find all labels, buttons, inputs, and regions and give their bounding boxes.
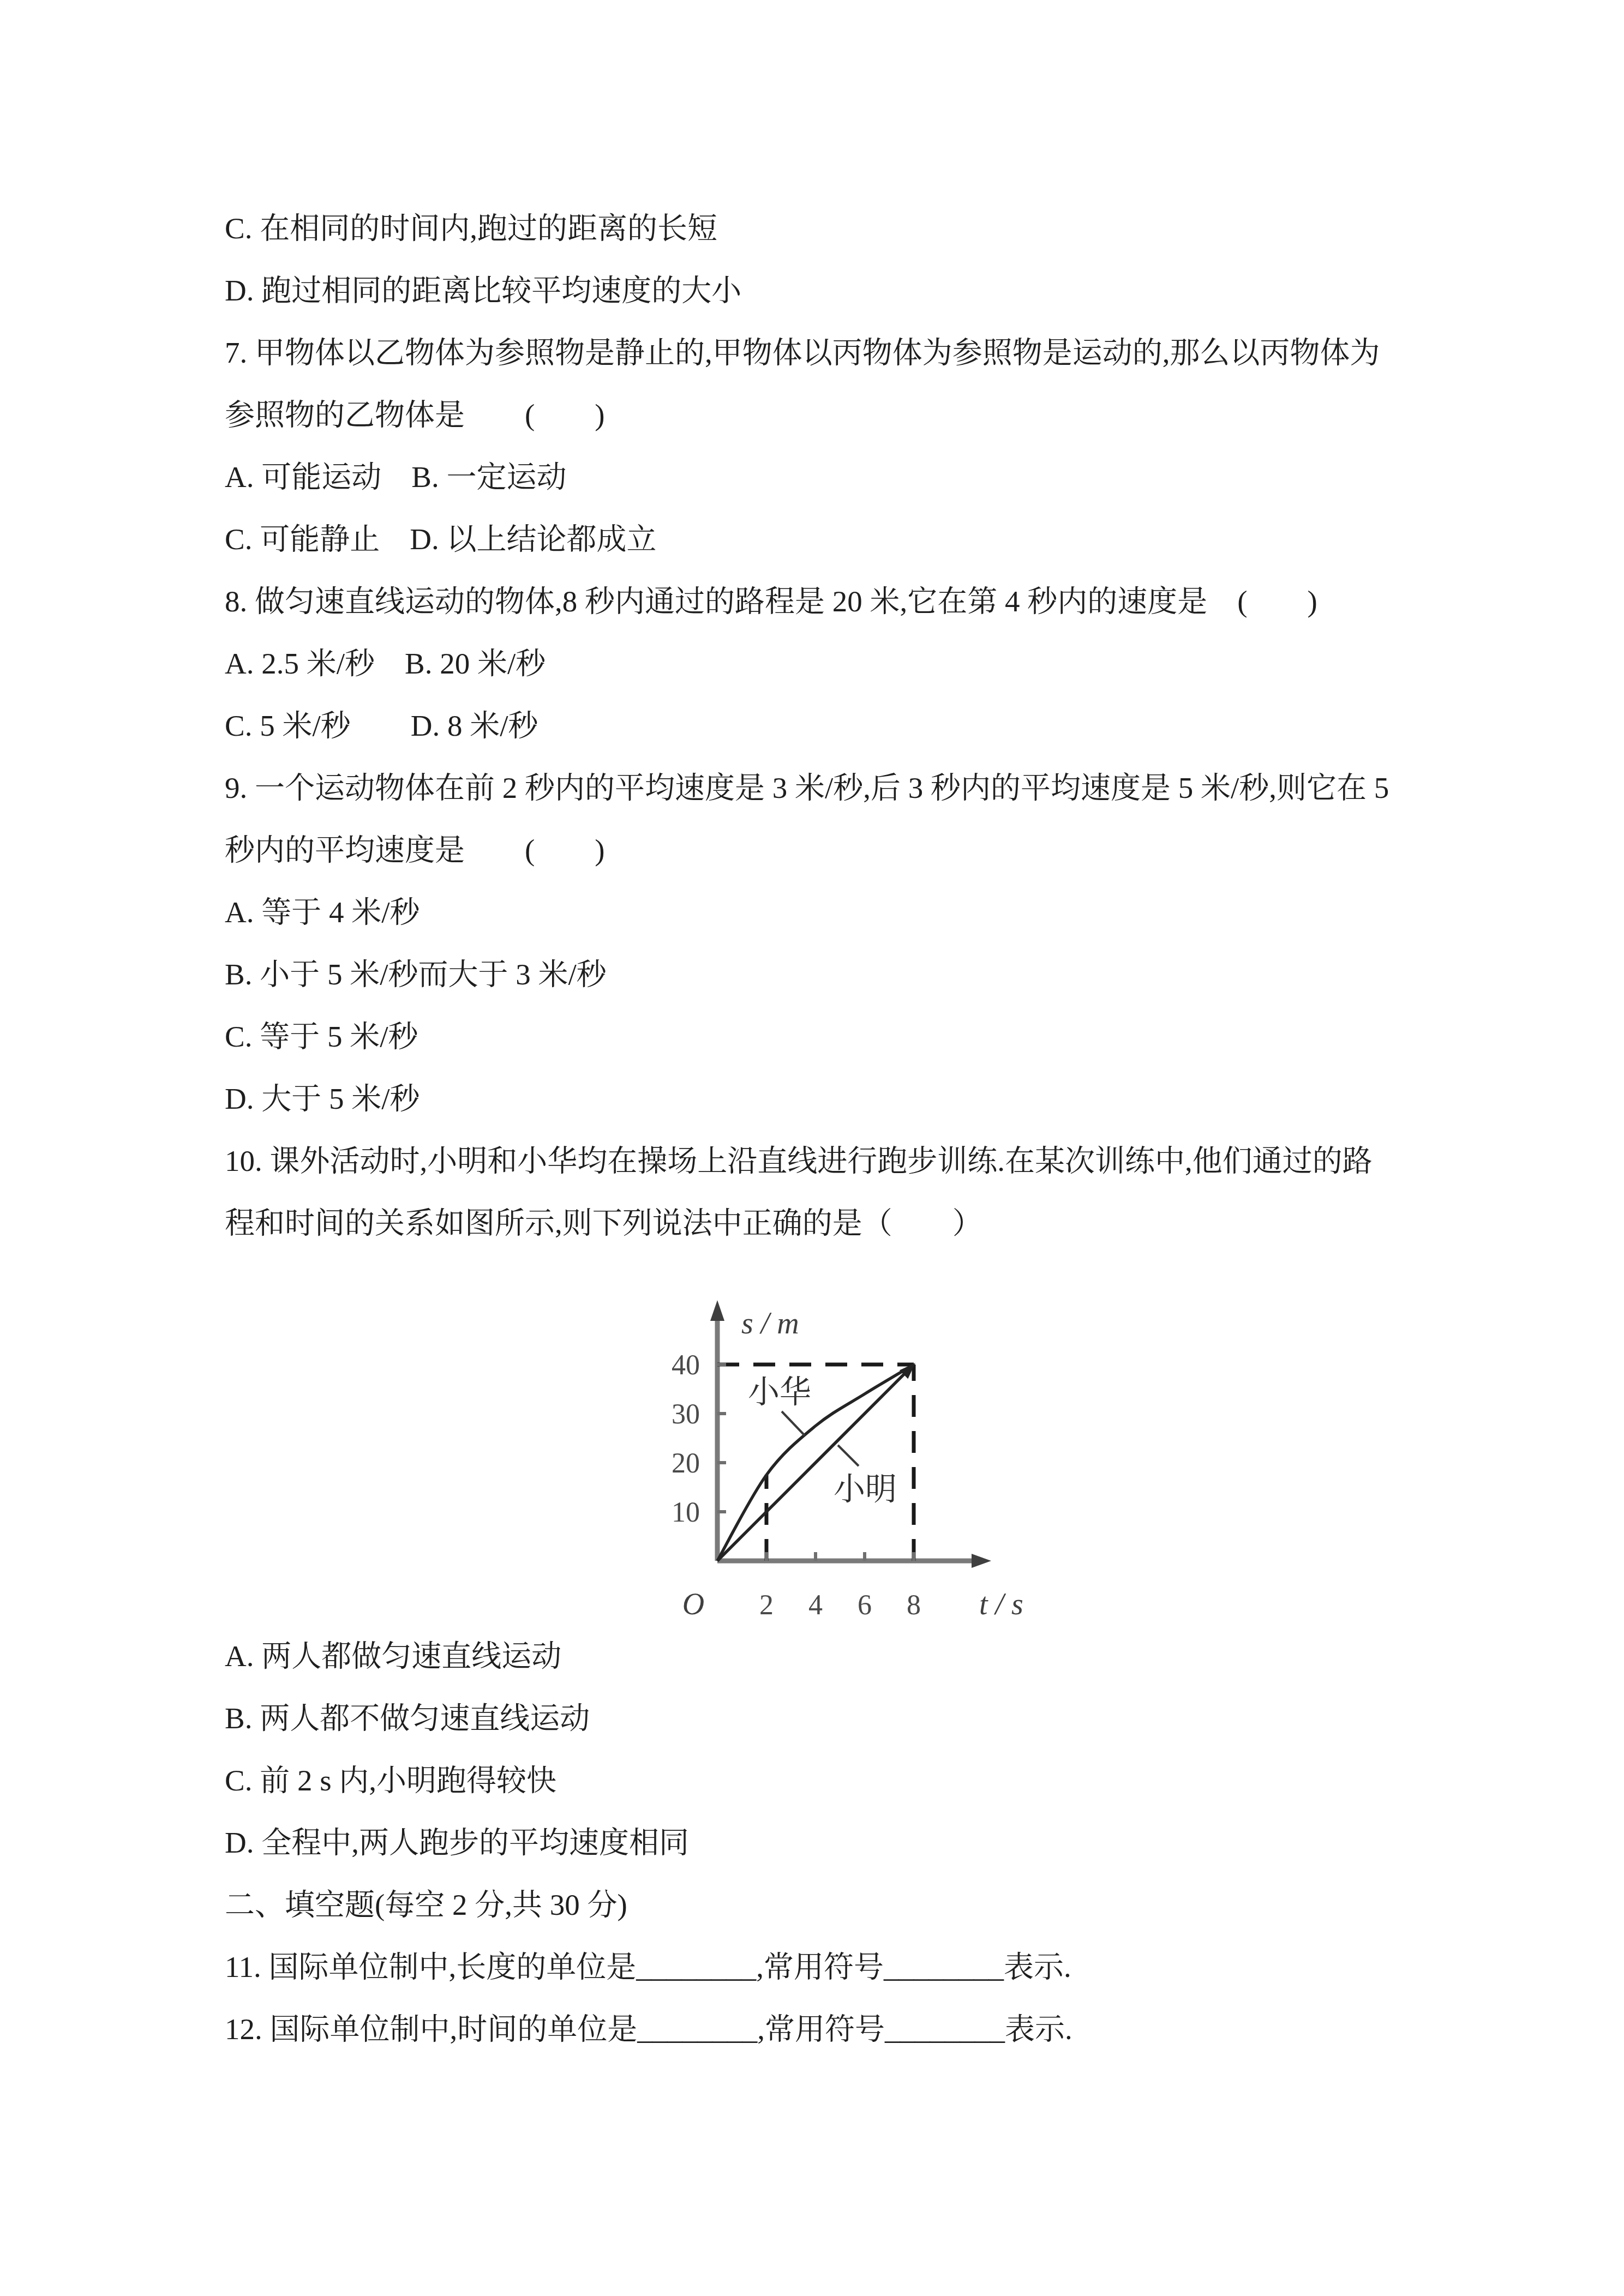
- option-line: A. 等于 4 米/秒: [225, 881, 1482, 943]
- option-line: B. 两人都不做匀速直线运动: [225, 1687, 1482, 1750]
- xiaoming-pointer-line: [838, 1445, 859, 1466]
- x-tick-label: 4: [808, 1590, 823, 1621]
- option-line: C. 可能静止 D. 以上结论都成立: [225, 508, 1482, 570]
- blank-question-12: 12. 国际单位制中,时间的单位是________,常用符号________表示…: [225, 1998, 1482, 2060]
- origin-label: O: [682, 1588, 704, 1621]
- x-axis-arrow-icon: [972, 1554, 991, 1568]
- question-10-text: 程和时间的关系如图所示,则下列说法中正确的是（ ）: [225, 1192, 1482, 1254]
- x-tick-label: 2: [759, 1590, 774, 1621]
- option-line: A. 可能运动 B. 一定运动: [225, 446, 1482, 508]
- question-7-text: 参照物的乙物体是 ( ): [225, 384, 1482, 446]
- question-9-text: 秒内的平均速度是 ( ): [225, 819, 1482, 881]
- y-tick-label: 40: [672, 1350, 700, 1381]
- y-tick-label: 10: [672, 1497, 700, 1528]
- series-label-xiaoming: 小明: [833, 1471, 896, 1507]
- question-8-text: 8. 做匀速直线运动的物体,8 秒内通过的路程是 20 米,它在第 4 秒内的速…: [225, 570, 1482, 633]
- section-header: 二、填空题(每空 2 分,共 30 分): [225, 1874, 1482, 1936]
- series-lines: [717, 1363, 915, 1561]
- xiaohua-pointer-line: [782, 1411, 805, 1435]
- blank-question-11: 11. 国际单位制中,长度的单位是________,常用符号________表示…: [225, 1936, 1482, 1998]
- option-line: C. 在相同的时间内,跑过的距离的长短: [225, 197, 1482, 260]
- x-tick-label: 6: [858, 1590, 872, 1621]
- y-axis-arrow-icon: [710, 1300, 724, 1321]
- option-line: D. 跑过相同的距离比较平均速度的大小: [225, 260, 1482, 322]
- question-7-text: 7. 甲物体以乙物体为参照物是静止的,甲物体以丙物体为参照物是运动的,那么以丙物…: [225, 322, 1482, 384]
- option-line: A. 两人都做匀速直线运动: [225, 1625, 1482, 1687]
- worksheet-page: C. 在相同的时间内,跑过的距离的长短 D. 跑过相同的距离比较平均速度的大小 …: [0, 0, 1624, 2060]
- y-tick-label: 20: [672, 1448, 700, 1479]
- series-label-xiaohua: 小华: [747, 1374, 811, 1410]
- option-line: A. 2.5 米/秒 B. 20 米/秒: [225, 633, 1482, 695]
- x-tick-label: 8: [907, 1590, 921, 1621]
- option-line: C. 5 米/秒 D. 8 米/秒: [225, 695, 1482, 757]
- question-10-text: 10. 课外活动时,小明和小华均在操场上沿直线进行跑步训练.在某次训练中,他们通…: [225, 1130, 1482, 1192]
- option-line: C. 前 2 s 内,小明跑得较快: [225, 1750, 1482, 1812]
- option-line: D. 全程中,两人跑步的平均速度相同: [225, 1812, 1482, 1874]
- option-line: C. 等于 5 米/秒: [225, 1006, 1482, 1068]
- series-line-小明: [717, 1365, 914, 1561]
- option-line: D. 大于 5 米/秒: [225, 1068, 1482, 1130]
- distance-time-figure: 246810203040 s / m t / s O 小华 小明: [225, 1254, 1482, 1625]
- option-line: B. 小于 5 米/秒而大于 3 米/秒: [225, 943, 1482, 1006]
- y-axis-label: s / m: [741, 1307, 799, 1341]
- question-9-text: 9. 一个运动物体在前 2 秒内的平均速度是 3 米/秒,后 3 秒内的平均速度…: [225, 757, 1482, 819]
- distance-time-chart: 246810203040 s / m t / s O 小华 小明: [636, 1254, 1072, 1625]
- y-tick-label: 30: [672, 1399, 700, 1430]
- x-axis-label: t / s: [979, 1588, 1023, 1621]
